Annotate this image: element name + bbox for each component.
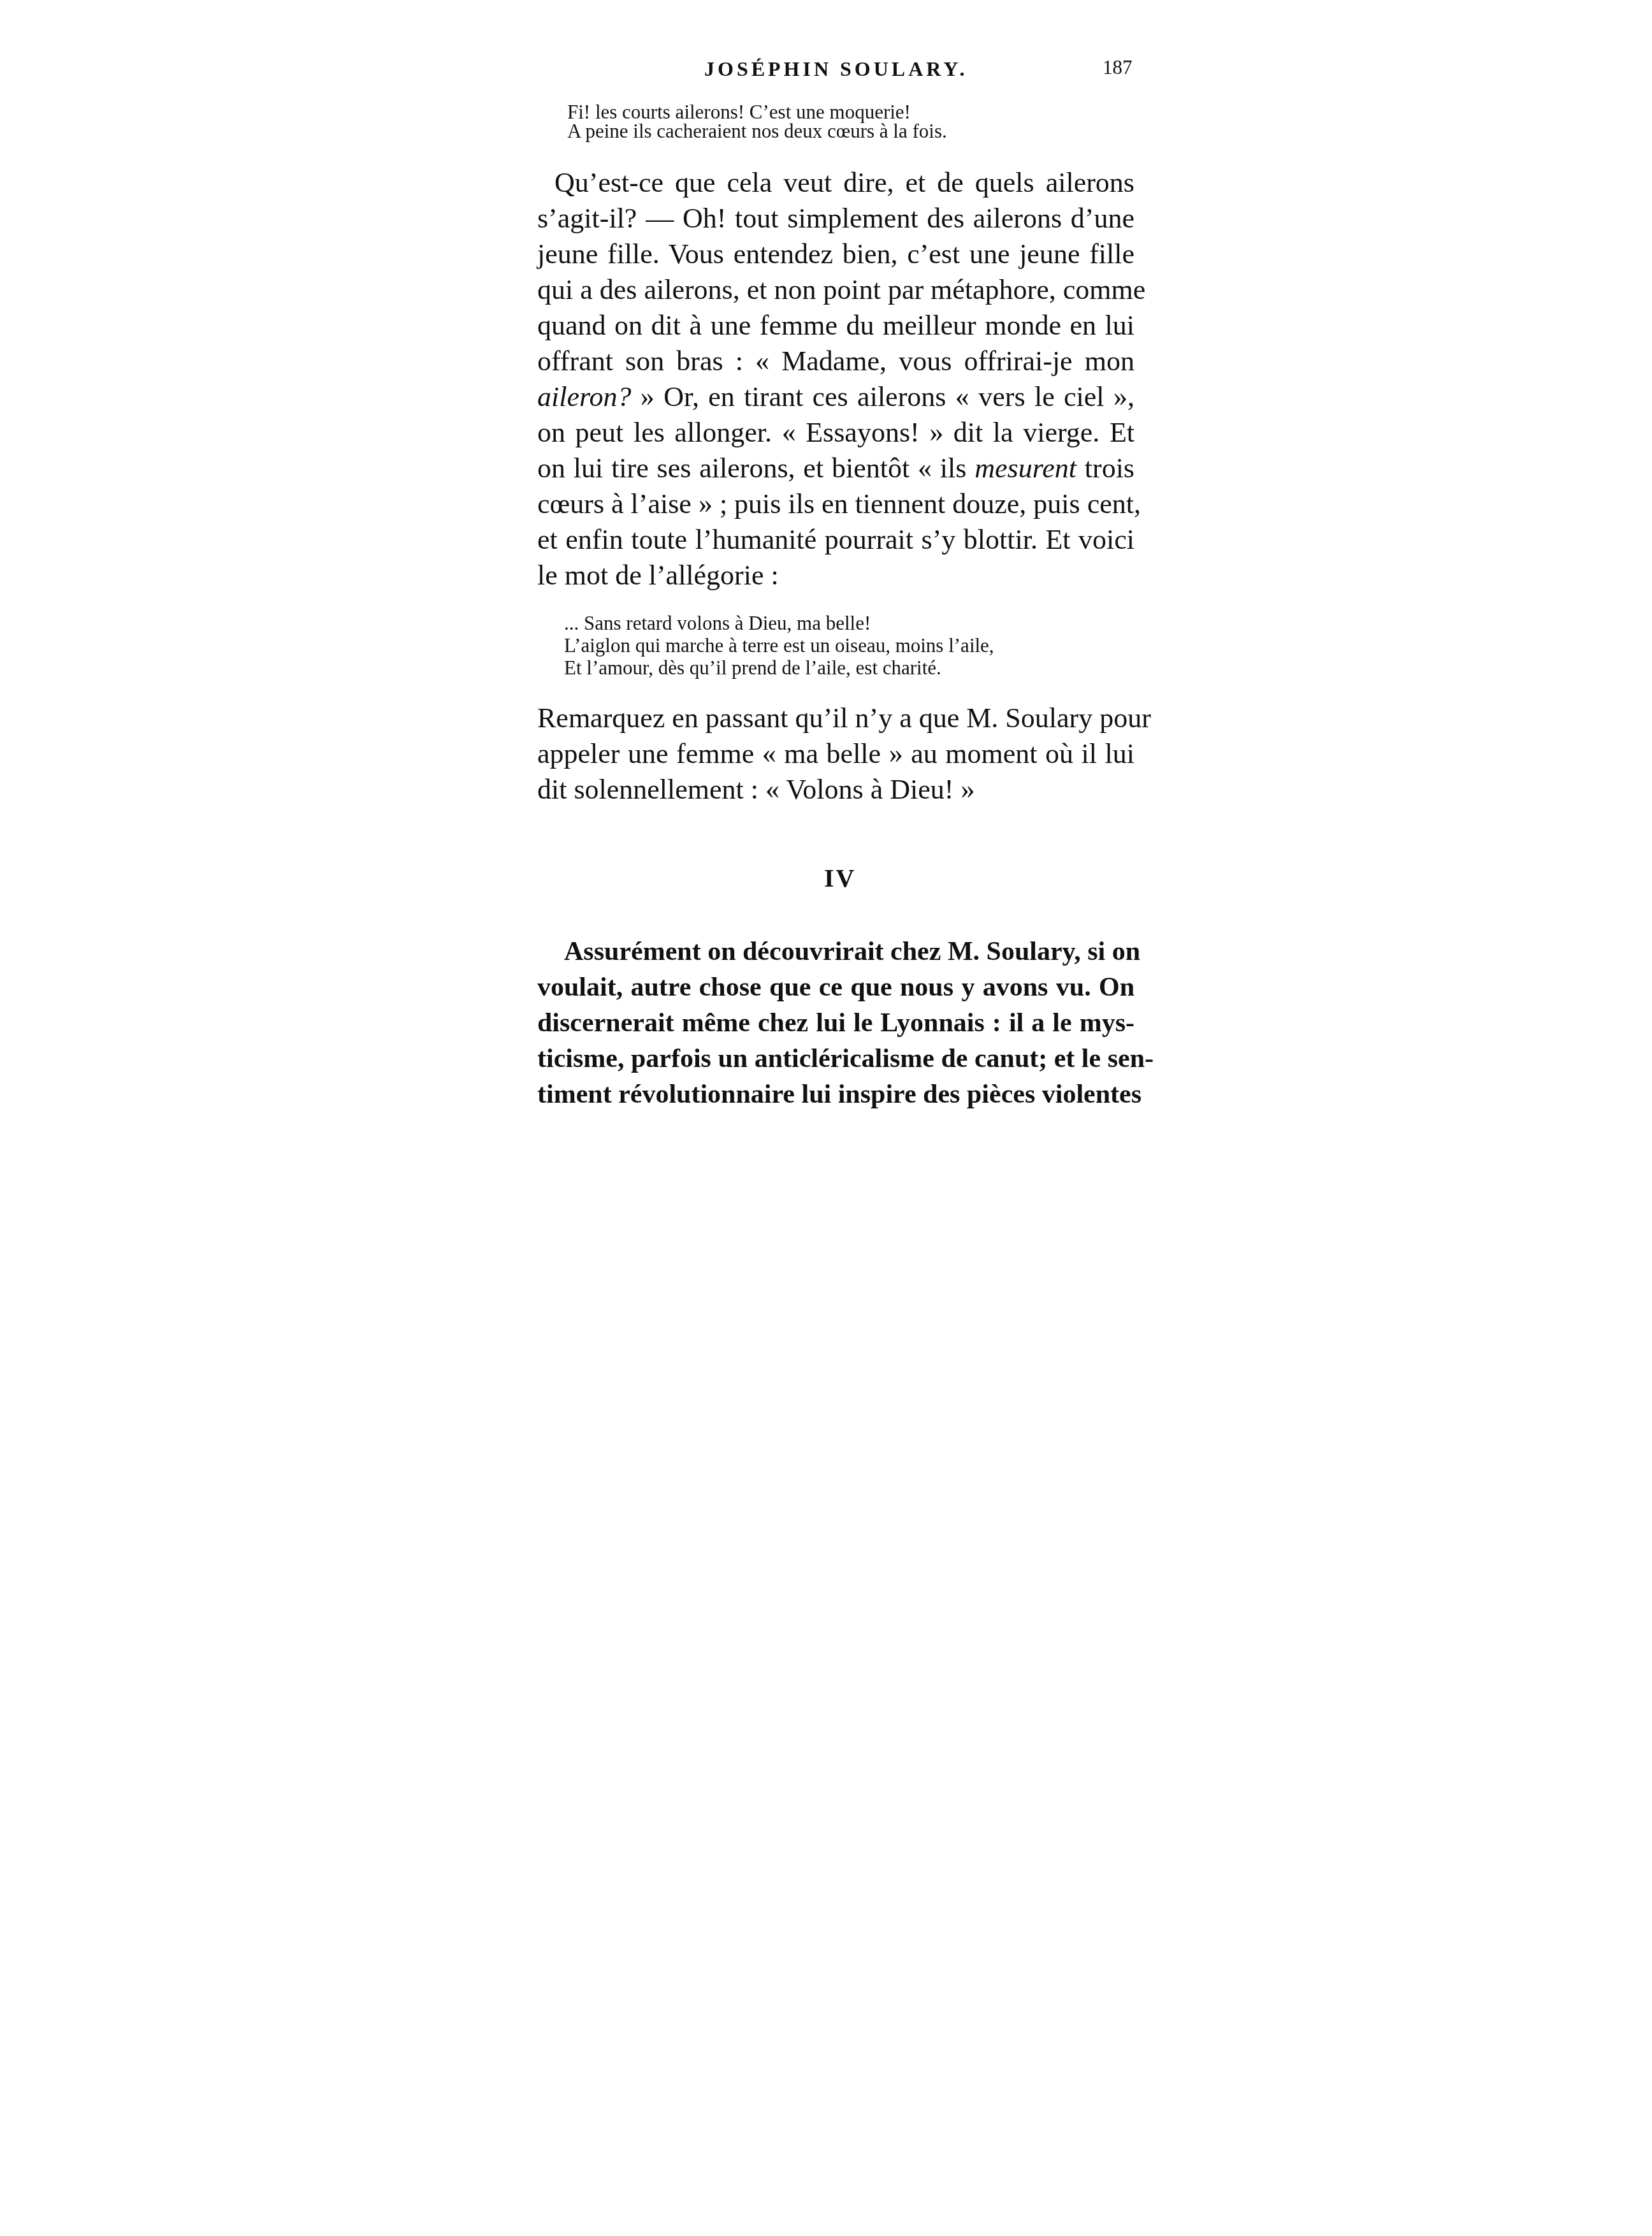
text-line: appeler une femme « ma belle » au moment… [537,740,1134,768]
text-line: cœurs à l’aise » ; puis ils en tiennent … [537,490,1134,518]
verse-line: Fi! les courts ailerons! C’est une moque… [567,102,911,122]
text-line: jeune fille. Vous entendez bien, c’est u… [537,240,1134,268]
text-line: offrant son bras : « Madame, vous offrir… [537,347,1134,375]
page-number: 187 [1103,57,1133,77]
section-heading: IV [824,866,856,891]
text-line: et enfin toute l’humanité pourrait s’y b… [537,526,1134,554]
text-line: on peut les allonger. « Essayons! » dit … [537,419,1134,447]
italic-word: aileron? [537,381,631,412]
verse-line: Et l’amour, dès qu’il prend de l’aile, e… [564,658,941,678]
text-span: trois [1076,453,1134,484]
text-line: voulait, autre chose que ce que nous y a… [537,974,1134,1001]
verse-line: L’aiglon qui marche à terre est un oisea… [564,635,994,655]
text-line: on lui tire ses ailerons, et bientôt « i… [537,454,1134,483]
text-line: discernerait même chez lui le Lyonnais :… [537,1010,1134,1036]
text-line: s’agit-il? — Oh! tout simplement des ail… [537,205,1134,233]
text-line: quand on dit à une femme du meilleur mon… [537,312,1134,340]
text-span: on lui tire ses ailerons, et bientôt « i… [537,453,975,484]
running-header-title: JOSÉPHIN SOULARY. [704,59,967,79]
text-line: Remarquez en passant qu’il n’y a que M. … [537,704,1134,732]
book-page: JOSÉPHIN SOULARY. 187 Fi! les courts ail… [0,0,1652,2236]
italic-word: mesurent [975,453,1076,484]
text-line: timent révolutionnaire lui inspire des p… [537,1081,1134,1108]
verse-line: ... Sans retard volons à Dieu, ma belle! [564,613,871,633]
verse-line: A peine ils cacheraient nos deux cœurs à… [567,121,947,141]
text-line: ticisme, parfois un anticléricalisme de … [537,1045,1134,1072]
text-line: dit solennellement : « Volons à Dieu! » [537,776,975,804]
text-line: Assurément on découvrirait chez M. Soula… [564,938,1134,965]
text-line: aileron? » Or, en tirant ces ailerons « … [537,383,1134,411]
text-line: le mot de l’allégorie : [537,562,779,590]
text-span: » Or, en tirant ces ailerons « vers le c… [631,381,1134,412]
text-line: qui a des ailerons, et non point par mét… [537,276,1134,304]
text-line: Qu’est-ce que cela veut dire, et de quel… [554,169,1134,197]
